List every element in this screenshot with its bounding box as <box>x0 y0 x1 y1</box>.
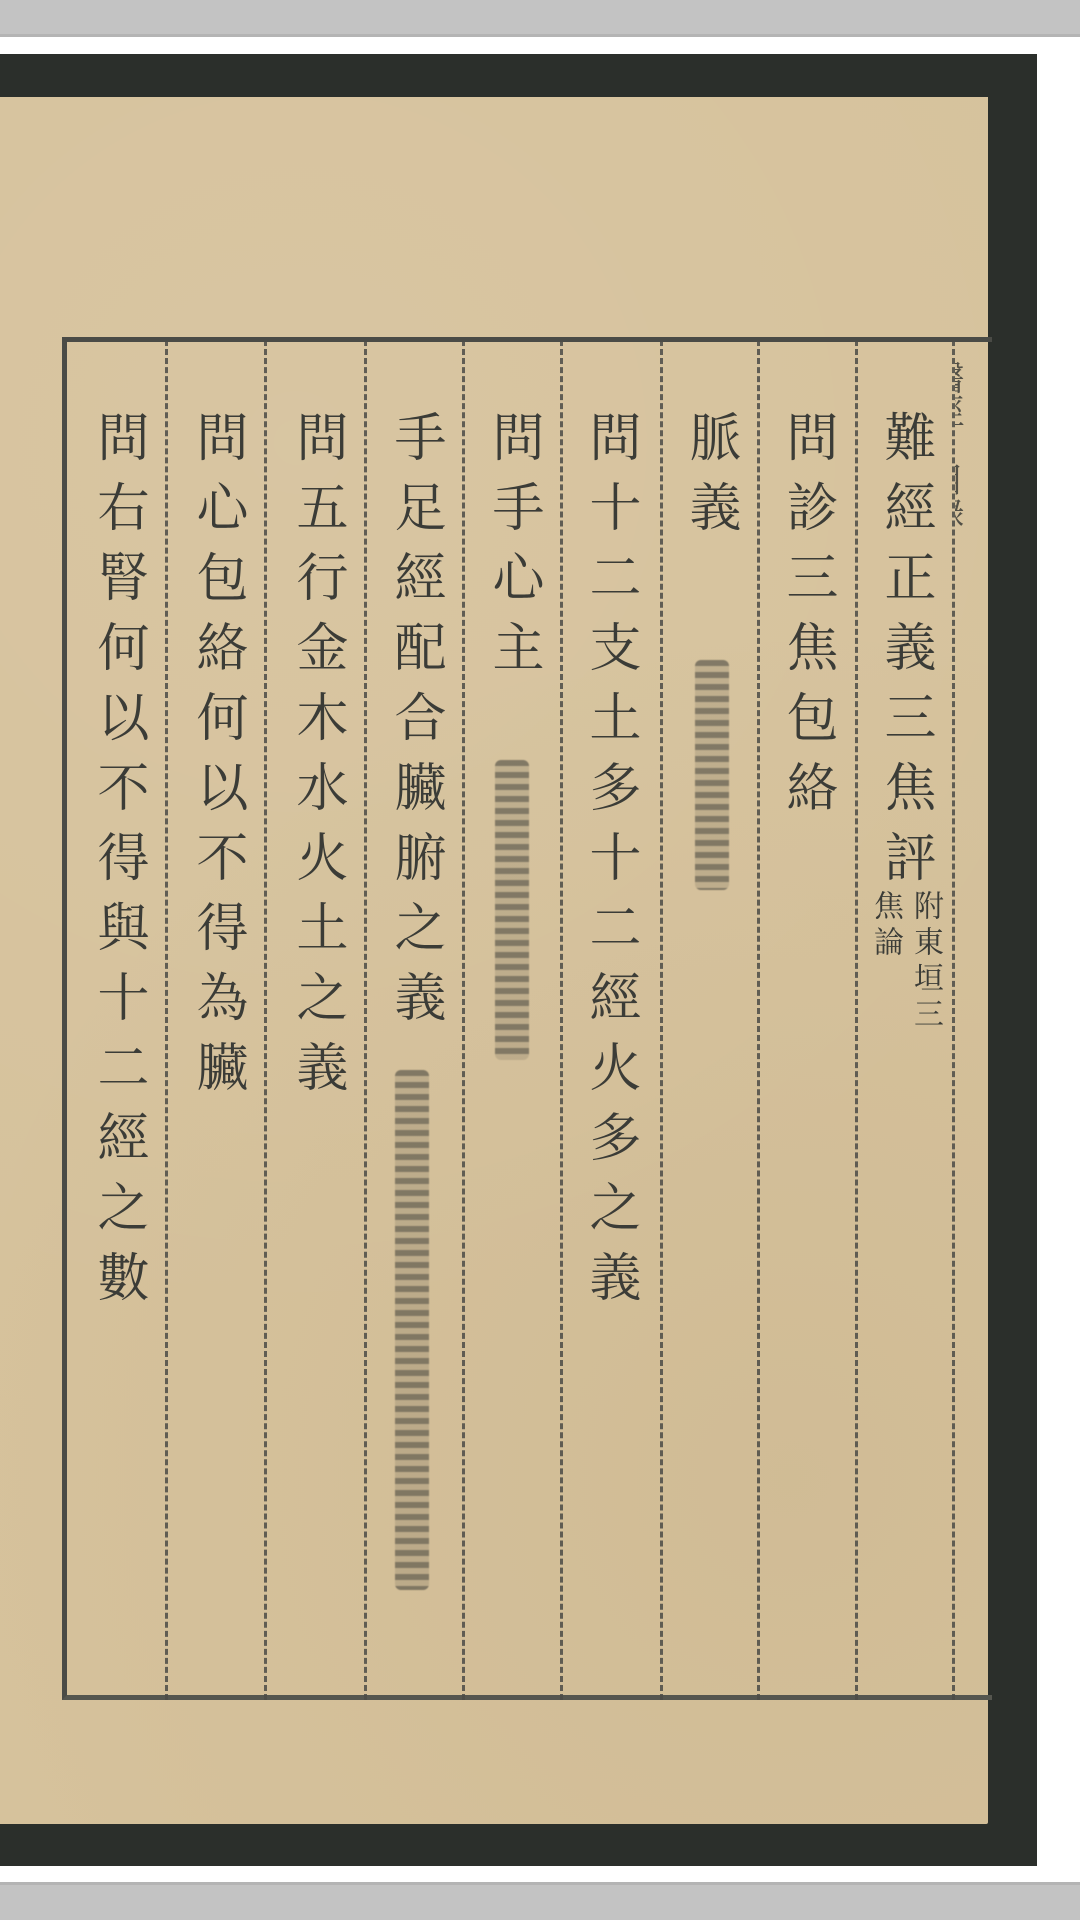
column-rule <box>952 340 955 1700</box>
entry-text: 難經正義三焦評 <box>869 410 941 900</box>
column-rule <box>364 340 367 1700</box>
viewer-bottom-bar <box>0 1882 1080 1920</box>
ink-bleed <box>395 1070 429 1590</box>
entry-column: 問五行金木水火土之義 <box>272 410 362 1110</box>
entry-text: 問手心主 <box>477 410 549 690</box>
entry-text: 問五行金木水火土之義 <box>281 410 353 1110</box>
ink-bleed <box>495 760 529 1060</box>
entry-column: 問心包絡何以不得為臟 <box>172 410 262 1110</box>
fold-center-title: 醫經…目錄 <box>955 360 989 530</box>
entry-text: 問十二支土多十二經火多之義 <box>574 410 646 1320</box>
column-rule <box>462 340 465 1700</box>
entry-text: 脈義 <box>674 410 746 550</box>
entry-column: 問診三焦包絡 <box>762 410 852 830</box>
ink-bleed <box>695 660 729 890</box>
entry-note: 附東垣三焦論 <box>860 890 950 1040</box>
entry-column: 脈義 <box>665 410 755 550</box>
entry-text: 問診三焦包絡 <box>771 410 843 830</box>
column-rule <box>660 340 663 1700</box>
viewer-top-bar <box>0 0 1080 37</box>
column-rule <box>855 340 858 1700</box>
entry-column: 難經正義三焦評 <box>860 410 950 900</box>
entry-text: 問心包絡何以不得為臟 <box>181 410 253 1110</box>
column-rule <box>757 340 760 1700</box>
entry-note-text: 附東垣三焦論 <box>865 890 945 1040</box>
column-rule <box>560 340 563 1700</box>
entry-column: 問右腎何以不得與十二經之數 <box>73 410 163 1320</box>
entry-text: 手足經配合臟腑之義 <box>379 410 451 1040</box>
entry-column: 問十二支土多十二經火多之義 <box>565 410 655 1320</box>
column-rule <box>264 340 267 1700</box>
entry-text: 問右腎何以不得與十二經之數 <box>82 410 154 1320</box>
entry-column: 問手心主 <box>468 410 558 690</box>
column-rule <box>165 340 168 1700</box>
entry-column: 手足經配合臟腑之義 <box>370 410 460 1040</box>
